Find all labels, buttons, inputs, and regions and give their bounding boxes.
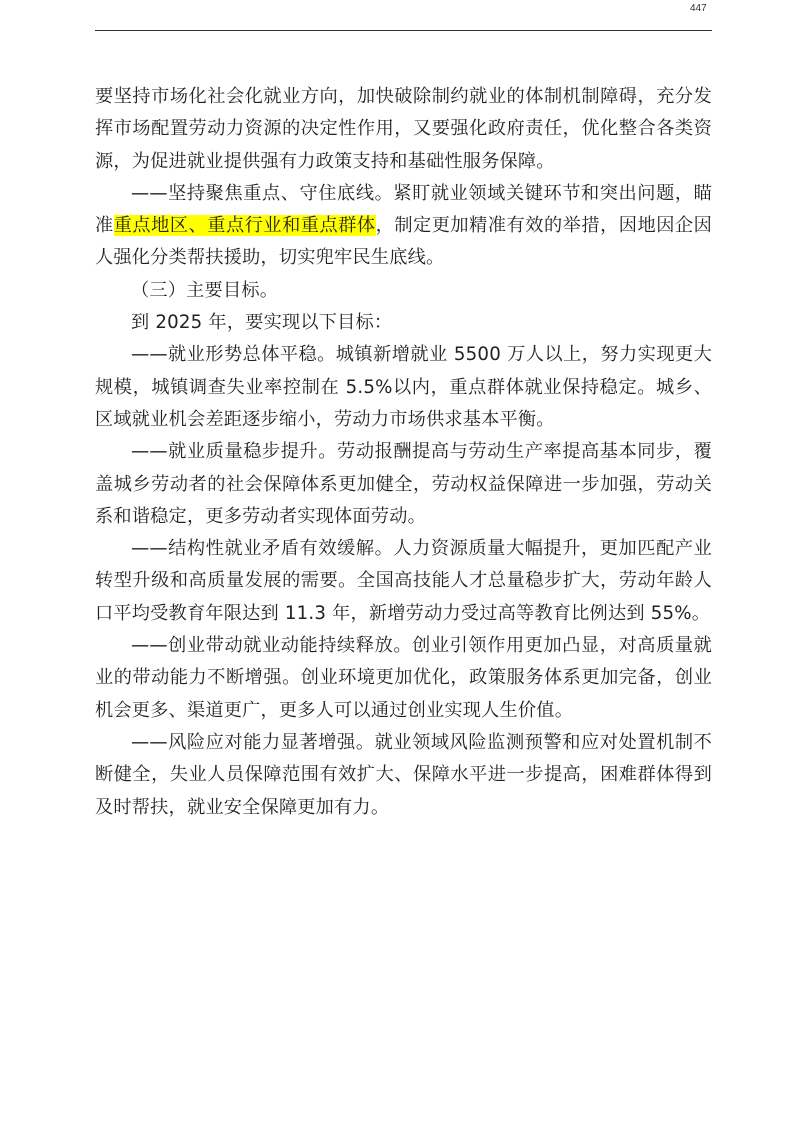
page-number: 447	[690, 3, 707, 14]
paragraph-focus-key-points: ——坚持聚焦重点、守住底线。紧盯就业领域关键环节和突出问题，瞄准重点地区、重点行…	[95, 178, 712, 275]
paragraph-goal-structural: ——结构性就业矛盾有效缓解。人力资源质量大幅提升，更加匹配产业转型升级和高质量发…	[95, 533, 712, 630]
paragraph-goal-entrepreneurship: ——创业带动就业动能持续释放。创业引领作用更加凸显，对高质量就业的带动能力不断增…	[95, 630, 712, 727]
paragraph-goal-risk: ——风险应对能力显著增强。就业领域风险监测预警和应对处置机制不断健全，失业人员保…	[95, 727, 712, 824]
section-heading-main-goals: （三）主要目标。	[95, 275, 712, 307]
highlighted-text: 重点地区、重点行业和重点群体	[114, 215, 376, 236]
paragraph-market-orientation: 要坚持市场化社会化就业方向，加快破除制约就业的体制机制障碍，充分发挥市场配置劳动…	[95, 81, 712, 178]
header-rule	[95, 30, 712, 31]
paragraph-goal-stable-employment: ——就业形势总体平稳。城镇新增就业 5500 万人以上，努力实现更大规模，城镇调…	[95, 339, 712, 436]
paragraph-goals-intro: 到 2025 年，要实现以下目标：	[95, 307, 712, 339]
paragraph-goal-quality: ——就业质量稳步提升。劳动报酬提高与劳动生产率提高基本同步，覆盖城乡劳动者的社会…	[95, 436, 712, 533]
document-body: 要坚持市场化社会化就业方向，加快破除制约就业的体制机制障碍，充分发挥市场配置劳动…	[95, 81, 712, 824]
